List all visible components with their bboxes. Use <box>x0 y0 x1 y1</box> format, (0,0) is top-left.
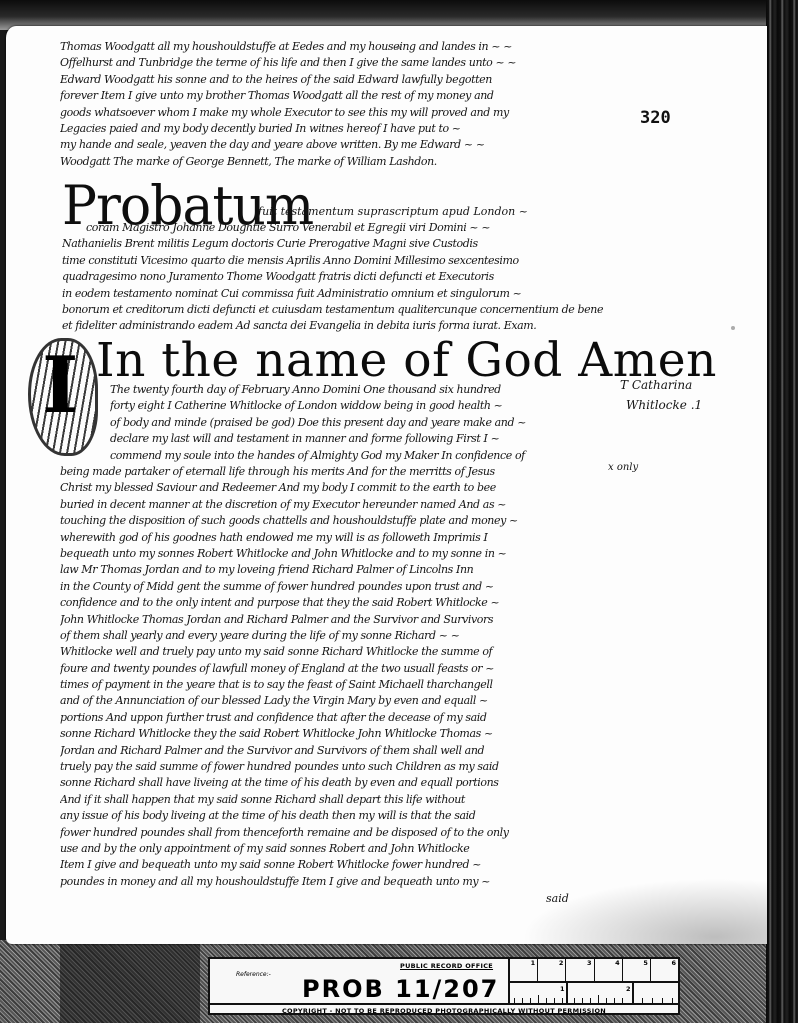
margin-testator-name: T Catharina <box>620 378 692 392</box>
text-line: Jordan and Richard Palmer and the Surviv… <box>60 743 570 759</box>
catchword: said <box>546 892 569 905</box>
text-line: goods whatsoever whom I make my whole Ex… <box>60 105 600 121</box>
decorated-initial-letter: I <box>42 346 79 426</box>
text-line: in eodem testamento nominat Cui commissa… <box>62 286 610 302</box>
reference-label: Reference:- <box>236 971 271 978</box>
scale-cell: 1 <box>510 959 538 981</box>
scale-inch-label: 1 <box>560 985 565 993</box>
scale-cell: 5 <box>623 959 651 981</box>
text-line: declare my last will and testament in ma… <box>110 431 568 447</box>
text-line: Legacies paied and my body decently buri… <box>60 121 600 137</box>
text-line: use and by the only appointment of my sa… <box>60 841 570 857</box>
copyright-notice: COPYRIGHT - NOT TO BE REPRODUCED PHOTOGR… <box>210 1003 678 1017</box>
book-binding-edge <box>766 0 798 1023</box>
scale-top-row: 1 2 3 4 5 6 <box>510 959 678 983</box>
archive-reference-card: Reference:- PUBLIC RECORD OFFICE PROB 11… <box>208 957 680 1015</box>
probate-first-line: fuit testamentum suprascriptum apud Lond… <box>258 205 528 218</box>
folio-number: 320 <box>640 108 671 128</box>
reference-number: PROB 11/207 <box>302 975 499 1003</box>
scale-tick <box>598 995 599 1003</box>
text-line: Nathanielis Brent militis Legum doctoris… <box>62 236 610 252</box>
probate-clause: coram Magistro Johanne Doughtie Surro Ve… <box>62 220 610 335</box>
text-line: poundes in money and all my houshouldstu… <box>60 874 570 890</box>
manuscript-page: 320 Thomas Woodgatt all my houshouldstuf… <box>6 26 767 944</box>
text-line: truely pay the said summe of fower hundr… <box>60 759 570 775</box>
text-line: buried in decent manner at the discretio… <box>60 497 570 513</box>
text-line: forever Item I give unto my brother Thom… <box>60 88 600 104</box>
text-line: my hande and seale, yeaven the day and y… <box>60 137 600 153</box>
text-line: fower hundred poundes shall from thencef… <box>60 825 570 841</box>
text-line: wherewith god of his goodnes hath endowe… <box>60 530 570 546</box>
text-line: portions And uppon further trust and con… <box>60 710 570 726</box>
margin-correction-note: x only <box>608 462 638 473</box>
margin-testator-surname: Whitlocke .1 <box>626 398 702 412</box>
text-line: Woodgatt The marke of George Bennett, Th… <box>60 154 600 170</box>
scale-divider <box>632 983 634 1003</box>
text-line: sonne Richard shall have liveing at the … <box>60 775 570 791</box>
text-line: forty eight I Catherine Whitlocke of Lon… <box>110 398 568 414</box>
text-line: bequeath unto my sonnes Robert Whitlocke… <box>60 546 570 562</box>
text-line: Offelhurst and Tunbridge the terme of hi… <box>60 55 600 71</box>
text-line: quadragesimo nono Juramento Thome Woodga… <box>62 269 610 285</box>
text-line: John Whitlocke Thomas Jordan and Richard… <box>60 612 570 628</box>
paper-speck <box>396 46 401 49</box>
text-line: coram Magistro Johanne Doughtie Surro Ve… <box>62 220 610 236</box>
text-line: confidence and to the only intent and pu… <box>60 595 570 611</box>
scale-cell: 3 <box>566 959 594 981</box>
scale-cell: 4 <box>595 959 623 981</box>
previous-will-ending: Thomas Woodgatt all my houshouldstuffe a… <box>60 39 600 170</box>
text-line: times of payment in the yeare that is to… <box>60 677 570 693</box>
scale-inch-label: 2 <box>626 985 631 993</box>
text-line: and of the Annunciation of our blessed L… <box>60 693 570 709</box>
will-body: being made partaker of eternall life thr… <box>60 464 570 890</box>
text-line: any issue of his body liveing at the tim… <box>60 808 570 824</box>
archive-office-name: PUBLIC RECORD OFFICE <box>400 962 493 970</box>
text-line: The twenty fourth day of February Anno D… <box>110 382 568 398</box>
text-line: sonne Richard Whitlocke they the said Ro… <box>60 726 570 742</box>
text-line: foure and twenty poundes of lawfull mone… <box>60 661 570 677</box>
scale-bottom-ruler: 1 2 <box>510 983 678 1003</box>
text-line: in the County of Midd gent the summe of … <box>60 579 570 595</box>
text-line: of them shall yearly and every yeare dur… <box>60 628 570 644</box>
reference-panel: Reference:- PUBLIC RECORD OFFICE PROB 11… <box>210 959 510 1003</box>
scale-tick <box>538 995 539 1003</box>
text-line: commend my soule into the handes of Almi… <box>110 448 568 464</box>
scale-cell: 6 <box>651 959 678 981</box>
measurement-scale: 1 2 3 4 5 6 1 2 <box>510 959 678 1003</box>
text-line: Edward Woodgatt his sonne and to the hei… <box>60 72 600 88</box>
text-line: being made partaker of eternall life thr… <box>60 464 570 480</box>
text-line: And if it shall happen that my said sonn… <box>60 792 570 808</box>
text-line: Item I give and bequeath unto my said so… <box>60 857 570 873</box>
scale-cell: 2 <box>538 959 566 981</box>
scale-divider <box>566 983 568 1003</box>
text-line: bonorum et creditorum dicti defuncti et … <box>62 302 610 318</box>
text-line: Thomas Woodgatt all my houshouldstuffe a… <box>60 39 600 55</box>
text-line: Christ my blessed Saviour and Redeemer A… <box>60 480 570 496</box>
text-line: touching the disposition of such goods c… <box>60 513 570 529</box>
text-line: Whitlocke well and truely pay unto my sa… <box>60 644 570 660</box>
will-opening-lines: The twenty fourth day of February Anno D… <box>110 382 568 464</box>
text-line: law Mr Thomas Jordan and to my loveing f… <box>60 562 570 578</box>
paper-speck <box>731 326 735 330</box>
text-line: of body and minde (praised be god) Doe t… <box>110 415 568 431</box>
text-line: time constituti Vicesimo quarto die mens… <box>62 253 610 269</box>
